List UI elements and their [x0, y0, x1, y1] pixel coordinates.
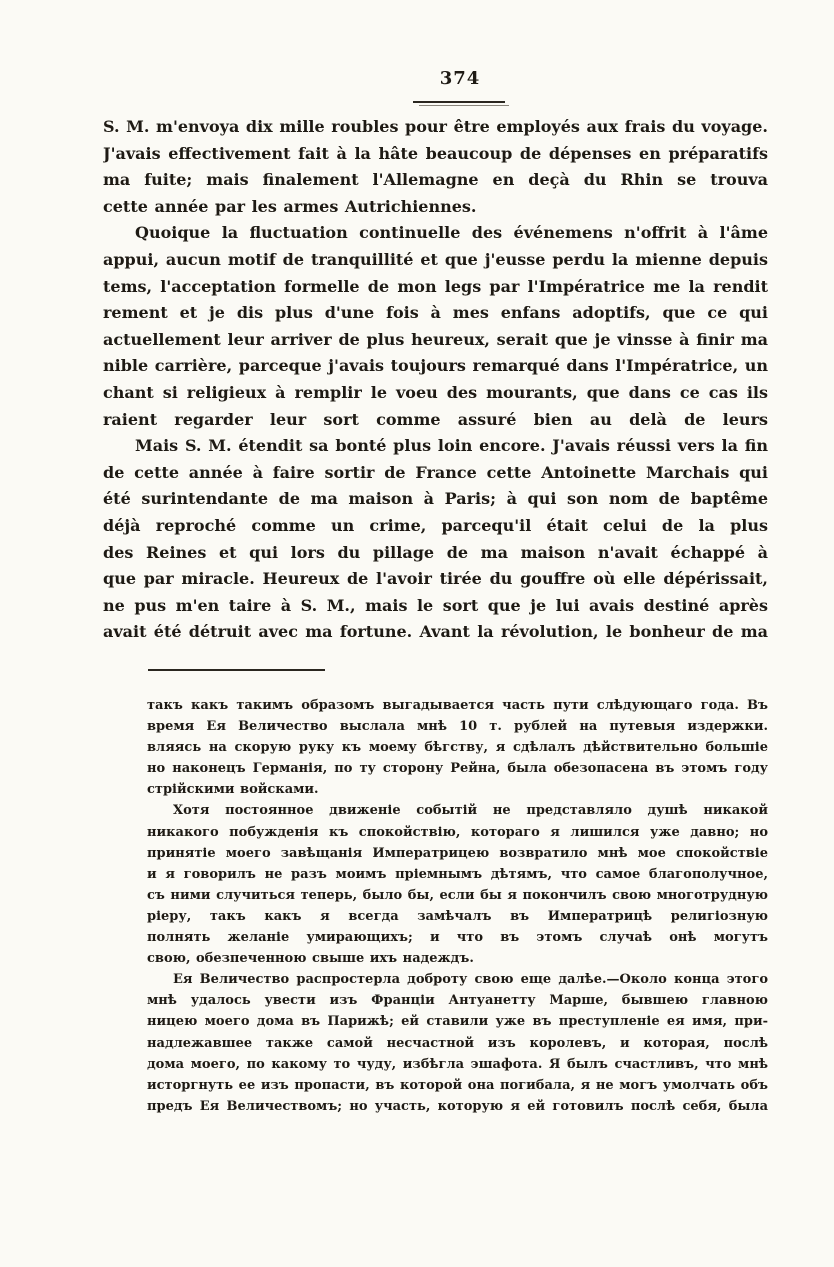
text-line: надлежавшее также самой несчастной изъ к…: [147, 1033, 768, 1054]
page-number: 374: [400, 68, 520, 89]
text-line: des Reines et qui lors du pillage de ma …: [103, 540, 768, 567]
text-line: ne pus m'en taire à S. M., mais le sort …: [103, 593, 768, 620]
text-line: Хотя постоянное движеніе событій не пред…: [147, 800, 768, 821]
paragraph: Quoique la fluctuation continuelle des é…: [103, 220, 768, 433]
text-line: дома моего, по какому то чуду, избѣгла э…: [147, 1054, 768, 1075]
text-line: исторгнуть ее изъ пропасти, въ которой о…: [147, 1075, 768, 1096]
paragraph: Ея Величество распростерла доброту свою …: [147, 969, 768, 1117]
text-line: S. M. m'envoya dix mille roubles pour êt…: [103, 114, 768, 141]
text-line: ницею моего дома въ Парижѣ; ей ставили у…: [147, 1011, 768, 1032]
paragraph: Mais S. M. étendit sa bonté plus loin en…: [103, 433, 768, 646]
text-line: nible carrière, parceque j'avais toujour…: [103, 353, 768, 380]
text-line: Ея Величество распростерла доброту свою …: [147, 969, 768, 990]
footnote-separator: [148, 669, 325, 671]
text-line: предъ Ея Величествомъ; но участь, котору…: [147, 1096, 768, 1117]
text-line: стрійскими войсками.: [147, 779, 768, 800]
text-line: ріеру, такъ какъ я всегда замѣчалъ въ Им…: [147, 906, 768, 927]
footnote-text-russian: такъ какъ такимъ образомъ выгадывается ч…: [147, 695, 768, 1117]
text-line: appui, aucun motif de tranquillité et qu…: [103, 247, 768, 274]
text-line: chant si religieux à remplir le voeu des…: [103, 380, 768, 407]
text-line: avait été détruit avec ma fortune. Avant…: [103, 619, 768, 646]
text-line: ma fuite; mais finalement l'Allemagne en…: [103, 167, 768, 194]
text-line: rement et je dis plus d'une fois à mes e…: [103, 300, 768, 327]
text-line: Quoique la fluctuation continuelle des é…: [103, 220, 768, 247]
text-line: принятіе моего завѣщанія Императрицею во…: [147, 843, 768, 864]
text-line: de cette année à faire sortir de France …: [103, 460, 768, 487]
text-line: но наконецъ Германія, по ту сторону Рейн…: [147, 758, 768, 779]
book-page: 374 S. M. m'envoya dix mille roubles pou…: [0, 0, 834, 1267]
text-line: полнять желаніе умирающихъ; и что въ это…: [147, 927, 768, 948]
page-number-rule-shadow: [419, 105, 509, 106]
text-line: такъ какъ такимъ образомъ выгадывается ч…: [147, 695, 768, 716]
text-line: и я говорилъ не разъ моимъ пріемнымъ дѣт…: [147, 864, 768, 885]
text-line: tems, l'acceptation formelle de mon legs…: [103, 274, 768, 301]
text-line: que par miracle. Heureux de l'avoir tiré…: [103, 566, 768, 593]
text-line: raient regarder leur sort comme assuré b…: [103, 407, 768, 434]
paragraph: такъ какъ такимъ образомъ выгадывается ч…: [147, 695, 768, 800]
text-line: вляясь на скорую руку къ моему бѣгству, …: [147, 737, 768, 758]
text-line: никакого побужденія къ спокойствію, кото…: [147, 822, 768, 843]
text-line: déjà reproché comme un crime, parcequ'il…: [103, 513, 768, 540]
text-line: J'avais effectivement fait à la hâte bea…: [103, 141, 768, 168]
paragraph: Хотя постоянное движеніе событій не пред…: [147, 800, 768, 969]
text-line: Mais S. M. étendit sa bonté plus loin en…: [103, 433, 768, 460]
page-number-rule: [413, 101, 505, 103]
text-line: été surintendante de ma maison à Paris; …: [103, 486, 768, 513]
text-line: cette année par les armes Autrichiennes.: [103, 194, 768, 221]
main-text-french: S. M. m'envoya dix mille roubles pour êt…: [103, 114, 768, 646]
text-line: мнѣ удалось увести изъ Франціи Антуанетт…: [147, 990, 768, 1011]
text-line: свою, обезпеченною свыше ихъ надеждъ.: [147, 948, 768, 969]
paragraph: S. M. m'envoya dix mille roubles pour êt…: [103, 114, 768, 220]
text-line: съ ними случиться теперь, было бы, если …: [147, 885, 768, 906]
text-line: время Ея Величество выслала мнѣ 10 т. ру…: [147, 716, 768, 737]
text-line: actuellement leur arriver de plus heureu…: [103, 327, 768, 354]
